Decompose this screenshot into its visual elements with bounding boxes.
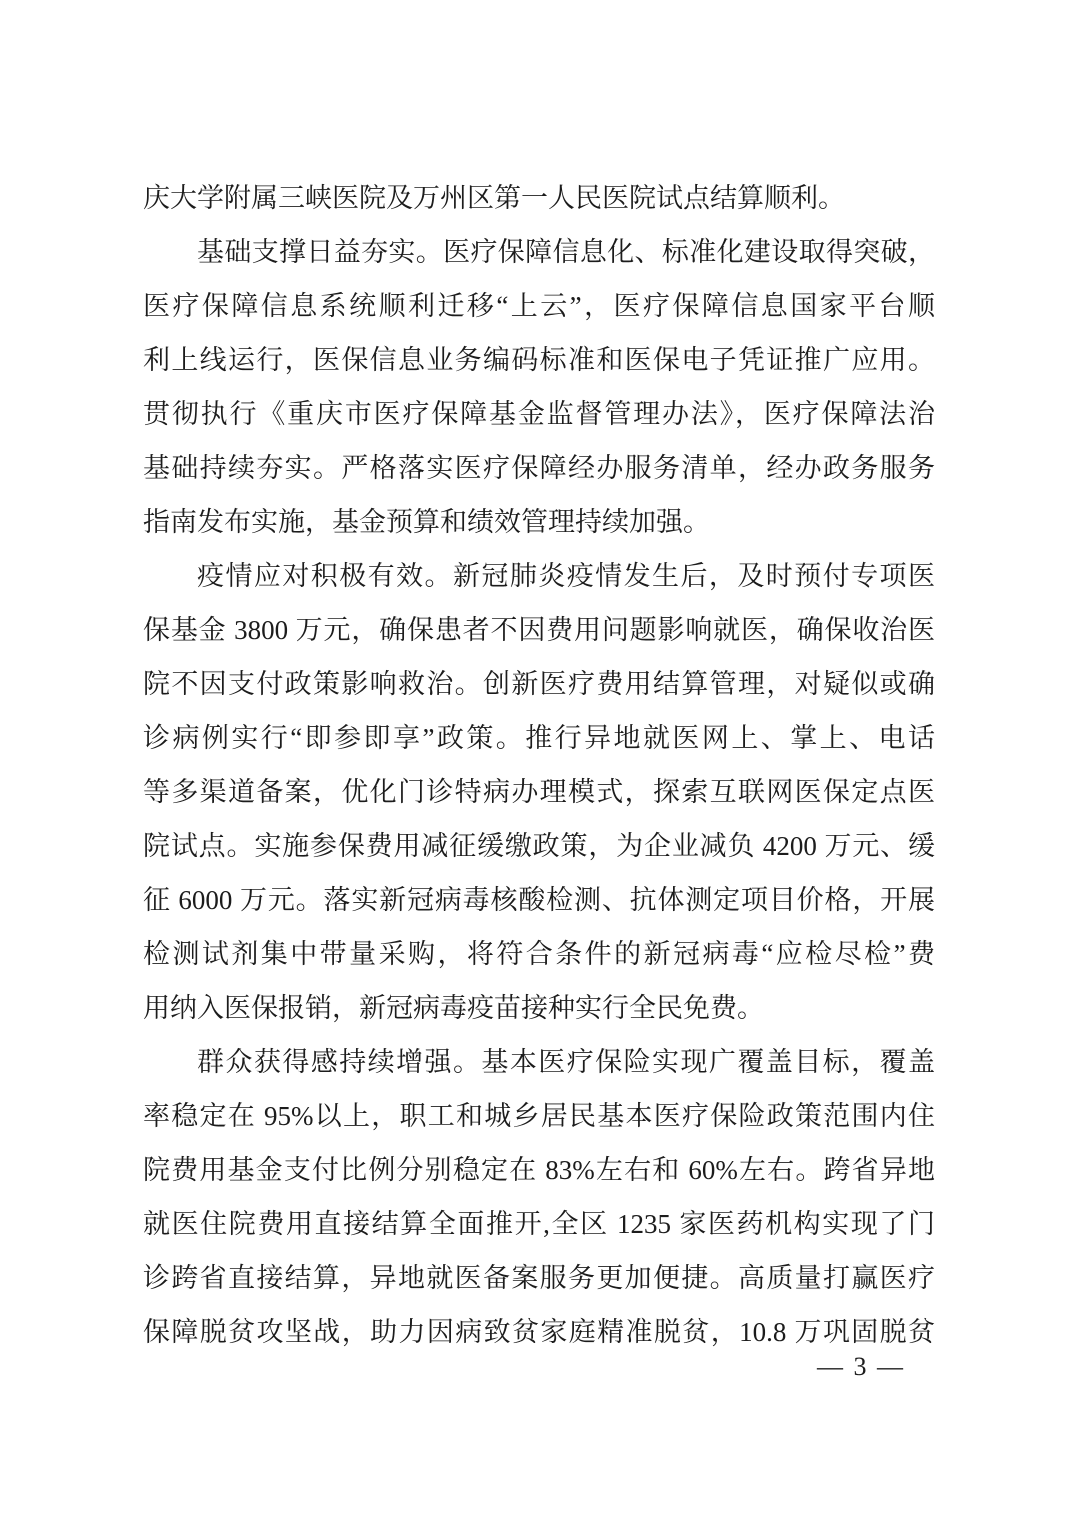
text-line: 基础持续夯实。严格落实医疗保障经办服务清单，经办政务服务 xyxy=(143,441,935,495)
text-line: 征 6000 万元。落实新冠病毒核酸检测、抗体测定项目价格，开展 xyxy=(143,873,935,927)
text-line: 院费用基金支付比例分别稳定在 83%左右和 60%左右。跨省异地 xyxy=(143,1143,935,1197)
text-line: 就医住院费用直接结算全面推开,全区 1235 家医药机构实现了门 xyxy=(143,1197,935,1251)
text-line: 院试点。实施参保费用减征缓缴政策，为企业减负 4200 万元、缓 xyxy=(143,819,935,873)
text-line: 疫情应对积极有效。新冠肺炎疫情发生后，及时预付专项医 xyxy=(143,549,935,603)
text-line: 检测试剂集中带量采购，将符合条件的新冠病毒“应检尽检”费 xyxy=(143,927,935,981)
text-line: 群众获得感持续增强。基本医疗保险实现广覆盖目标，覆盖 xyxy=(143,1035,935,1089)
document-text-block: 庆大学附属三峡医院及万州区第一人民医院试点结算顺利。 基础支撑日益夯实。医疗保障… xyxy=(143,171,935,1359)
text-line: 基础支撑日益夯实。医疗保障信息化、标准化建设取得突破， xyxy=(143,225,935,279)
text-line: 诊病例实行“即参即享”政策。推行异地就医网上、掌上、电话 xyxy=(143,711,935,765)
text-line: 等多渠道备案，优化门诊特病办理模式，探索互联网医保定点医 xyxy=(143,765,935,819)
text-line: 指南发布实施，基金预算和绩效管理持续加强。 xyxy=(143,495,935,549)
text-line: 庆大学附属三峡医院及万州区第一人民医院试点结算顺利。 xyxy=(143,171,935,225)
page-number: — 3 — xyxy=(817,1349,905,1385)
text-line: 院不因支付政策影响救治。创新医疗费用结算管理，对疑似或确 xyxy=(143,657,935,711)
text-line: 贯彻执行《重庆市医疗保障基金监督管理办法》，医疗保障法治 xyxy=(143,387,935,441)
text-line: 诊跨省直接结算，异地就医备案服务更加便捷。高质量打赢医疗 xyxy=(143,1251,935,1305)
text-line: 保基金 3800 万元，确保患者不因费用问题影响就医，确保收治医 xyxy=(143,603,935,657)
text-line: 用纳入医保报销，新冠病毒疫苗接种实行全民免费。 xyxy=(143,981,935,1035)
document-page: 庆大学附属三峡医院及万州区第一人民医院试点结算顺利。 基础支撑日益夯实。医疗保障… xyxy=(0,0,1074,1520)
text-line: 医疗保障信息系统顺利迁移“上云”，医疗保障信息国家平台顺 xyxy=(143,279,935,333)
text-line: 利上线运行，医保信息业务编码标准和医保电子凭证推广应用。 xyxy=(143,333,935,387)
text-line: 率稳定在 95%以上，职工和城乡居民基本医疗保险政策范围内住 xyxy=(143,1089,935,1143)
